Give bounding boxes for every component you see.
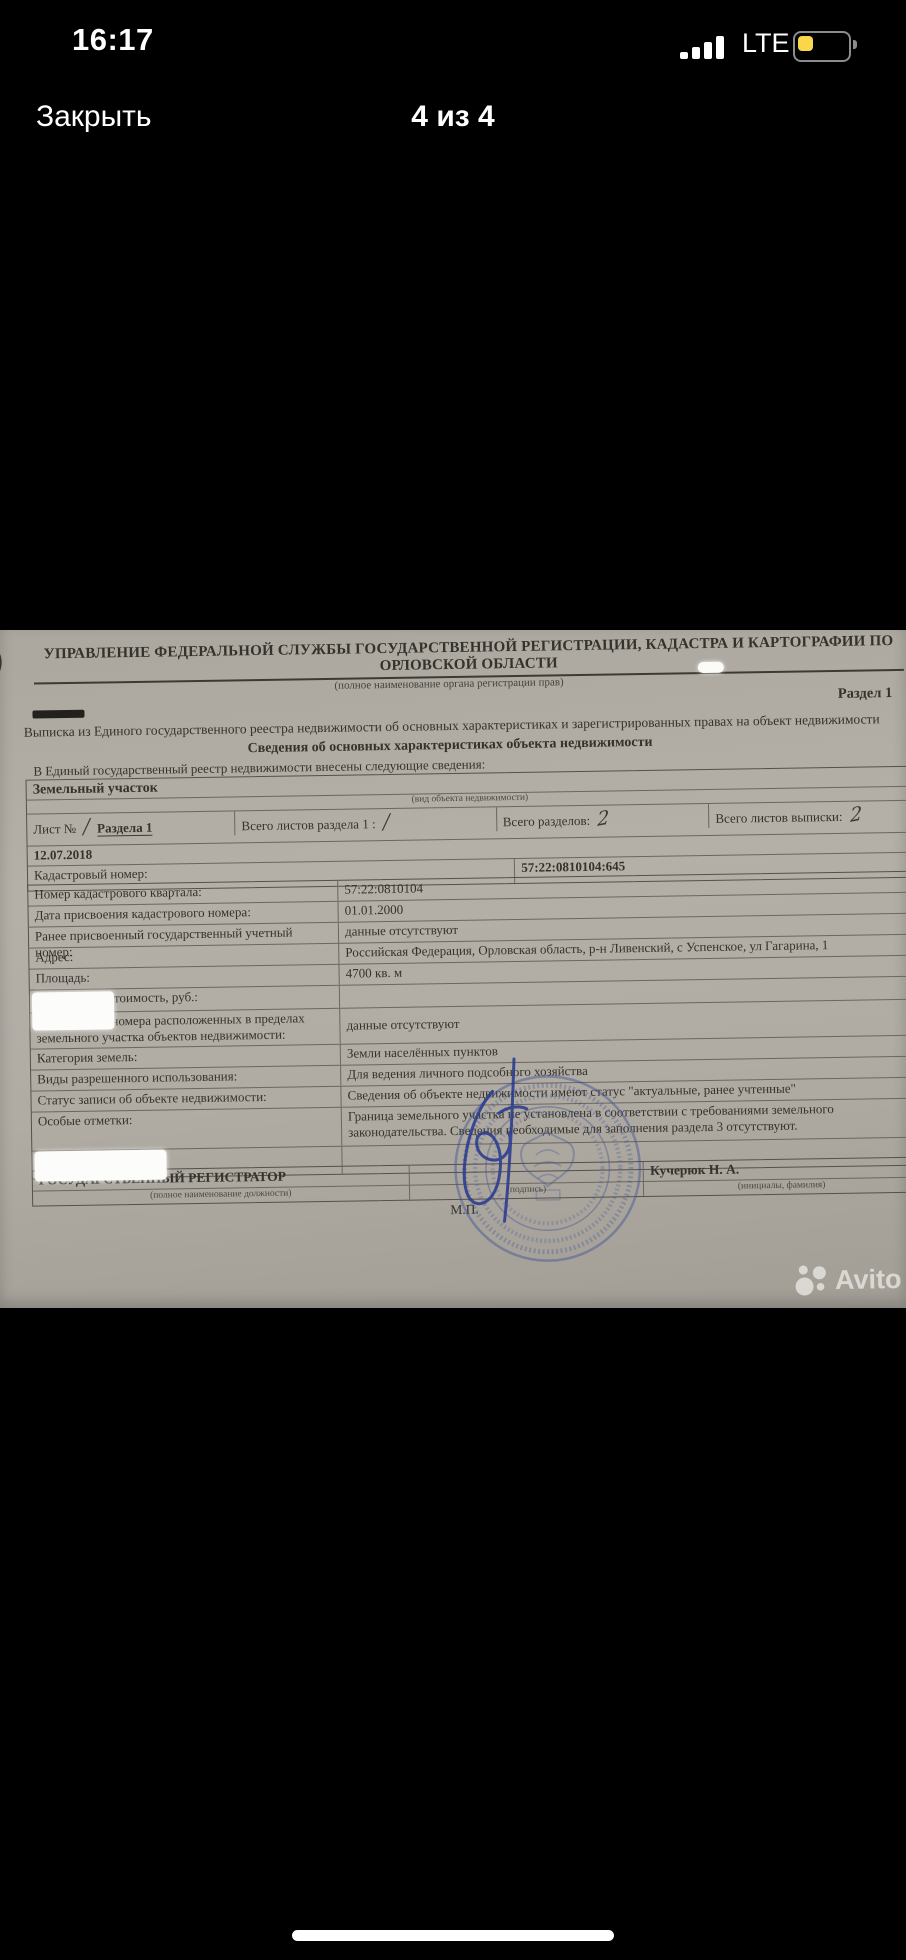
total-sections-cell: Всего разделов: 2 — [497, 804, 710, 832]
total-sheets-cell: Всего листов выписки: 2 — [709, 801, 906, 828]
redaction-blob — [698, 662, 724, 673]
battery-nub — [853, 40, 857, 49]
sheet-number-label: Лист № — [33, 821, 76, 837]
battery-icon — [793, 31, 851, 62]
handwritten-two: 2 — [597, 810, 609, 828]
document-page: УПРАВЛЕНИЕ ФЕДЕРАЛЬНОЙ СЛУЖБЫ ГОСУДАРСТВ… — [0, 630, 906, 1308]
section-number-label: Раздела 1 — [97, 820, 153, 837]
redaction-box — [34, 1150, 166, 1182]
handwritten-slash: / — [383, 814, 390, 831]
sheets-in-section-label: Всего листов раздела 1 : — [241, 816, 375, 833]
registrar-name: Кучерюк Н. А. — [644, 1158, 906, 1181]
home-indicator[interactable] — [292, 1930, 614, 1941]
handwritten-two: 2 — [850, 806, 862, 824]
battery-level-fill — [798, 36, 813, 51]
redaction-box — [32, 991, 115, 1030]
avito-logo-icon — [793, 1262, 830, 1299]
paper-edge-smudge — [0, 647, 2, 677]
document-photo[interactable]: УПРАВЛЕНИЕ ФЕДЕРАЛЬНОЙ СЛУЖБЫ ГОСУДАРСТВ… — [0, 630, 906, 1308]
total-sheets-label: Всего листов выписки: — [715, 809, 842, 826]
page-counter: 4 из 4 — [0, 100, 906, 134]
network-type-label: LTE — [742, 28, 790, 59]
status-bar: 16:17 LTE — [0, 0, 906, 92]
section-label: Раздел 1 — [838, 685, 893, 703]
extract-date: 12.07.2018 — [28, 846, 99, 866]
signal-strength-icon — [680, 35, 732, 59]
redaction-dash — [32, 710, 84, 719]
handwritten-slash: / — [83, 819, 90, 836]
avito-watermark: Avito — [793, 1261, 902, 1299]
object-type-caption: (вид объекта недвижимости) — [405, 793, 534, 808]
row-label: Особые отметки: — [32, 1108, 343, 1151]
object-type: Земельный участок — [27, 779, 164, 800]
ink-signature — [448, 1052, 571, 1254]
sheet-number-cell: Лист № / Раздела 1 — [27, 811, 236, 839]
photo-viewer-header: Закрыть 4 из 4 — [0, 92, 906, 160]
initials-caption: (инициалы, фамилия) — [644, 1178, 906, 1196]
status-time: 16:17 — [72, 22, 154, 58]
total-sections-label: Всего разделов: — [503, 813, 591, 829]
sheets-in-section-cell: Всего листов раздела 1 : / — [235, 807, 497, 835]
avito-watermark-text: Avito — [835, 1264, 902, 1296]
